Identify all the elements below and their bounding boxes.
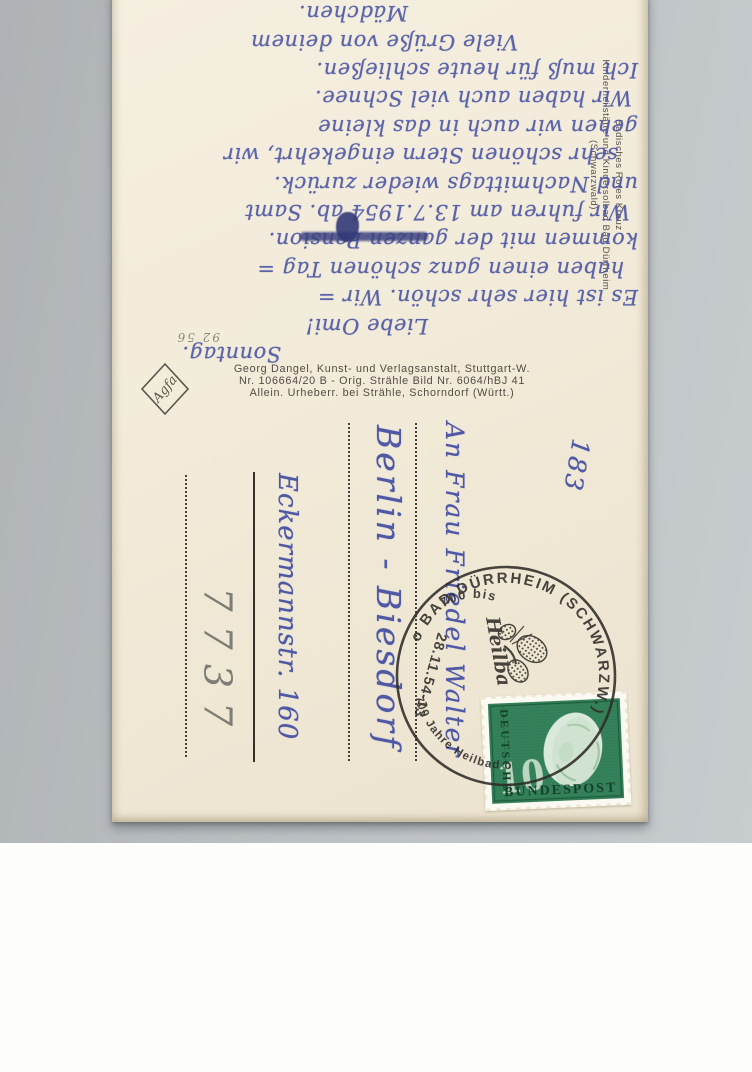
message-line: Viele Grüße von deinem (122, 27, 638, 55)
imprint-line: Nr. 106664/20 B - Orig. Strähle Bild Nr.… (152, 376, 612, 388)
publisher-imprint: Georg Dangel, Kunst- und Verlagsanstalt,… (152, 364, 612, 399)
message-line: Ich muß für heute schließen. (122, 56, 638, 84)
postal-code-pencil: 7737 (188, 588, 240, 773)
message-line: Mädchen. (122, 0, 638, 27)
message-line: gehen wir auch in das kleine (122, 112, 638, 140)
message-line: und Nachmittags wieder zurück. (122, 169, 638, 197)
photo-background: Sonntag. Liebe Omi! Es ist hier sehr sch… (0, 0, 752, 843)
address-line-rule (348, 423, 350, 761)
postmark: o BAD DÜRRHEIM (SCHWARZW.) 700 Jahre Hei… (386, 556, 626, 796)
postcard-scan: Sonntag. Liebe Omi! Es ist hier sehr sch… (0, 0, 752, 1072)
imprint-line: Allein. Urheberr. bei Strähle, Schorndor… (152, 388, 612, 400)
postcard-back: Sonntag. Liebe Omi! Es ist hier sehr sch… (112, 0, 648, 822)
message-line: Es ist hier sehr schön. Wir = (122, 283, 638, 311)
address-line-rule (253, 472, 255, 762)
handwritten-message: Sonntag. Liebe Omi! Es ist hier sehr sch… (122, 0, 638, 368)
message-line: Wir haben auch viel Schnee. (122, 84, 638, 112)
pencil-note: 92 56 (120, 330, 220, 344)
ink-strikethrough (300, 232, 428, 241)
address-street: Eckermannstr. 160 (258, 473, 302, 823)
agfa-logo: Agfa (140, 362, 190, 416)
postmark-date: 28.11.54-13 (410, 631, 450, 720)
message-line: haben einen ganz schönen Tag = (122, 254, 638, 282)
message-line: Wir fuhren am 13.7.1954 ab. Samt (122, 198, 638, 226)
message-line: sehr schönen Stern eingekehrt, wir (122, 141, 638, 169)
collector-number: 183 (548, 436, 595, 521)
